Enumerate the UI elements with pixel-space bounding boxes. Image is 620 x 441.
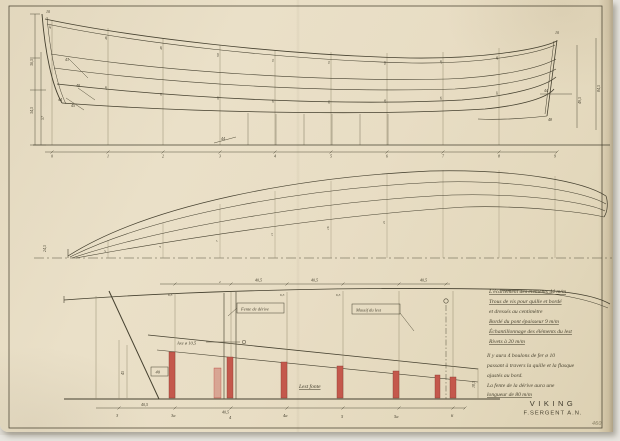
sheet-number: 460 (592, 421, 602, 427)
note-line: La fente de la dérive aura une (486, 382, 555, 389)
bolt-circle (242, 340, 246, 344)
station-label: 4 (229, 415, 232, 420)
transom-line (547, 40, 557, 116)
note-line: Rivets à 20 m/m (488, 339, 525, 345)
dim-label: 31 (159, 92, 163, 96)
hull-profile-curves (42, 14, 557, 119)
dim-label: 11 (270, 233, 274, 236)
dim-label: 10 (555, 30, 559, 35)
station-label: 1 (107, 154, 109, 159)
dim-label: 48 (439, 60, 443, 64)
station-label: 8 (498, 154, 500, 159)
plan-offset-marks: 2 4 7 11 16 21 24,5 (42, 220, 386, 252)
leader-line (400, 313, 414, 331)
dim-label: 10 (46, 9, 50, 14)
dim-label: 33 (216, 96, 220, 100)
dim-label: 40,5 (420, 278, 427, 284)
note-line: passant à travers la quille et la flasqu… (486, 362, 575, 369)
dim-label: 40,5 (222, 410, 229, 416)
dim-label: 40,5 (311, 278, 318, 284)
dim-label: 48 (159, 46, 163, 50)
dim-label: 28 (104, 86, 108, 90)
boat-name: VIKING (530, 399, 576, 408)
dim-label: 36 (327, 100, 331, 104)
dim-label: 6,5 (280, 293, 285, 298)
deadwood-verticals (248, 113, 388, 145)
dim-label: 35 (439, 96, 443, 100)
station-label: 0 (51, 154, 53, 159)
dim-label: 33 (495, 91, 499, 95)
note-line: L'écartement des éléments 44 m/m (488, 289, 566, 295)
axis-label: Axe ø 10,5 (176, 341, 197, 347)
axis-circle (444, 299, 448, 303)
station-label: 2 (162, 154, 164, 159)
dim-label: 6,5 (336, 293, 341, 298)
profile-offset-marks: 43 46 48 50 51 51 50 48 46 28 31 33 35 3… (48, 25, 499, 104)
station-label: 5 (341, 414, 344, 419)
dim-label: 6,5 (168, 293, 173, 298)
note-line: ajustés au bord. (487, 373, 523, 379)
note-line: Échantillonnage des éléments du lest (488, 327, 572, 335)
station-label: 3 (116, 413, 119, 418)
slot-label: Fente de dérive (240, 307, 269, 312)
dim-label: 50 (383, 61, 387, 65)
dim-label: 34,5 (29, 107, 35, 114)
centerboard-slot-hatch (214, 368, 221, 398)
notes-block-a: L'écartement des éléments 44 m/m Trous d… (488, 289, 572, 345)
station-grid (108, 170, 555, 258)
dim-label: 40,5 (255, 278, 262, 284)
waterline-curves (68, 171, 607, 258)
note-line: Bordé du pont épaisseur 9 m/m (489, 319, 559, 325)
dim-label: 36,5 (29, 59, 35, 66)
dim-label: 48 (548, 117, 552, 122)
dim-label: 51 (327, 60, 331, 64)
station-label: 7 (442, 154, 445, 159)
dim-label: 50 (216, 53, 220, 57)
keel-rabbet-line (148, 335, 478, 369)
ballast-floor-sections (169, 352, 456, 398)
plan-view: 2 4 7 11 16 21 24,5 (34, 170, 612, 258)
dim-label: 2 (103, 250, 107, 252)
dim-label: 2 (219, 280, 221, 284)
stem-line (109, 291, 159, 399)
title-block: VIKING F.SERGENT A.N. 460 (524, 399, 602, 427)
note-line: longueur de 80 m/m (487, 392, 532, 398)
dim-label: 36 (383, 99, 387, 103)
ballast-label: Lest fonte (298, 383, 321, 390)
dim-label: 46 (104, 36, 108, 40)
dim-label: 16 (326, 226, 330, 230)
station-label: 4a (283, 413, 288, 418)
dim-label: 43 (48, 25, 52, 29)
dim-label: 24,5 (42, 245, 48, 252)
note-line: et dressés au centimètre (489, 309, 543, 315)
dim-label: 51 (271, 58, 275, 62)
station-label: 4 (274, 154, 276, 159)
scanned-boat-plan: 0 1 2 3 4 5 6 7 8 9 43 46 48 50 51 51 50… (0, 0, 620, 441)
station-label: 5a (394, 414, 399, 419)
dim-label: 21 (382, 220, 386, 224)
box-dim: 40 (156, 370, 161, 375)
dim-label: 4 (158, 246, 162, 248)
station-label: 5 (330, 154, 332, 159)
note-line: Trous de vis pour quille et bordé (489, 299, 562, 305)
station-label: 3a (171, 413, 176, 418)
dim-label: 48 (76, 83, 80, 88)
station-label: 3 (219, 154, 221, 159)
station-label: 6 (386, 154, 388, 159)
dim-label: 40,5 (141, 402, 148, 408)
dim-label: 46 (495, 56, 499, 60)
station-label: 6 (451, 413, 454, 418)
notes-block-b: Il y aura 4 boulons de fer ø 10 passant … (486, 352, 575, 398)
profile-station-labels: 0 1 2 3 4 5 6 7 8 9 (51, 154, 556, 159)
dim-label: 44 (58, 97, 62, 102)
dim-label: 44 (221, 136, 225, 141)
dim-label: 7 (215, 240, 219, 242)
architect-name: F.SERGENT A.N. (524, 411, 583, 417)
station-grid (52, 20, 499, 145)
profile-view: 0 1 2 3 4 5 6 7 8 9 43 46 48 50 51 51 50… (29, 9, 610, 159)
drawing-sheet: 0 1 2 3 4 5 6 7 8 9 43 46 48 50 51 51 50… (0, 0, 620, 441)
deadwood-label: Massif du lest (355, 308, 382, 313)
dim-label: 44 (544, 88, 548, 93)
dim-label: 35 (271, 99, 275, 103)
transom-arc (604, 196, 607, 217)
dimension-lines (30, 14, 596, 154)
dim-label: 49,5 (577, 97, 583, 104)
dim-label: 45 (71, 103, 75, 108)
ballast-top-line (157, 350, 478, 382)
dim-label: 45 (120, 371, 125, 375)
station-label: 9 (554, 154, 556, 159)
dim-label: 43 (65, 57, 69, 62)
note-line: Il y aura 4 boulons de fer ø 10 (486, 352, 555, 359)
dim-label: 84,5 (596, 85, 602, 92)
